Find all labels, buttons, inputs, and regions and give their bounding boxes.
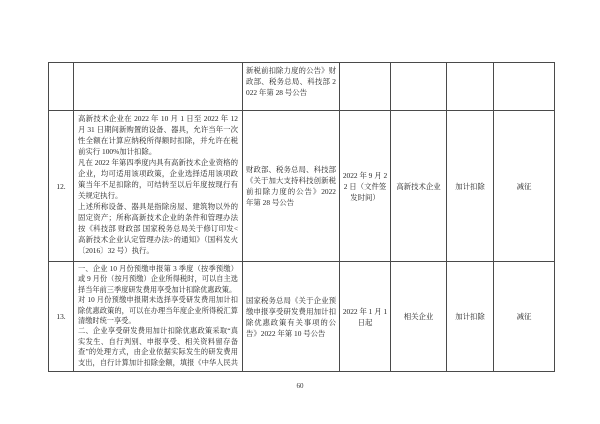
policy-basis-cell: 国家税务总局《关于企业预缴申报享受研发费用加计扣除优惠政策有关事项的公告》202… [243,262,340,372]
preference-method-cell: 加计扣除 [447,262,494,372]
policy-basis-cell: 新税前扣除力度的公告》财政部、税务总局、科技部 2022 年第 28 号公告 [243,63,340,111]
content-paragraph: 高新技术企业在 2022 年 10 月 1 日至 2022 年 12 月 31 … [78,113,238,157]
content-paragraph: 对 10 月份预缴申报期未选择享受研发费用加计扣除优惠政策的，可以在办理当年度企… [78,295,238,326]
row-number-cell: 12. [49,111,74,262]
effective-date-cell: 2022 年 9 月 22 日（文件签发时间） [340,111,391,262]
table-row-continuation: 新税前扣除力度的公告》财政部、税务总局、科技部 2022 年第 28 号公告 [49,63,555,111]
effective-date-cell: 2022 年 1 月 1 日起 [340,262,391,372]
content-paragraph: 二、企业享受研发费用加计扣除优惠政策采取“真实发生、自行判别、申报享受、相关资料… [78,326,238,368]
content-paragraph: 一、企业 10 月份预缴申报第 3 季度（按季预缴）或 9 月份（按月预缴）企业… [78,264,238,295]
preference-method-cell: 加计扣除 [447,111,494,262]
policy-content-cell: 高新技术企业在 2022 年 10 月 1 日至 2022 年 12 月 31 … [74,111,243,262]
effective-date-cell [340,63,391,111]
policy-content-cell: 一、企业 10 月份预缴申报第 3 季度（按季预缴）或 9 月份（按月预缴）企业… [74,262,243,372]
row-number-cell [49,63,74,111]
page-number: 60 [0,382,600,390]
row-number-cell: 13. [49,262,74,372]
enterprise-type-cell: 相关企业 [391,262,447,372]
document-page: 新税前扣除力度的公告》财政部、税务总局、科技部 2022 年第 28 号公告 1… [0,0,600,424]
policy-basis-cell: 财政部、税务总局、科技部《关于加大支持科技创新税前扣除力度的公告》2022 年第… [243,111,340,262]
table-row-13: 13. 一、企业 10 月份预缴申报第 3 季度（按季预缴）或 9 月份（按月预… [49,262,555,372]
enterprise-type-cell [391,63,447,111]
policy-content-text: 高新技术企业在 2022 年 10 月 1 日至 2022 年 12 月 31 … [78,113,238,256]
table-row-12: 12. 高新技术企业在 2022 年 10 月 1 日至 2022 年 12 月… [49,111,555,262]
policy-content-cell [74,63,243,111]
preference-type-cell: 减征 [494,262,555,372]
policy-table: 新税前扣除力度的公告》财政部、税务总局、科技部 2022 年第 28 号公告 1… [48,62,555,372]
preference-method-cell [447,63,494,111]
preference-type-cell: 减征 [494,111,555,262]
preference-type-cell [494,63,555,111]
content-paragraph: 凡在 2022 年第四季度内具有高新技术企业资格的企业，均可适用该项政策，企业选… [78,157,238,201]
content-paragraph: 上述所称设备、器具是指除房屋、建筑物以外的固定资产；所称高新技术企业的条件和管理… [78,201,238,256]
enterprise-type-cell: 高新技术企业 [391,111,447,262]
policy-content-text: 一、企业 10 月份预缴申报第 3 季度（按季预缴）或 9 月份（按月预缴）企业… [78,264,238,368]
